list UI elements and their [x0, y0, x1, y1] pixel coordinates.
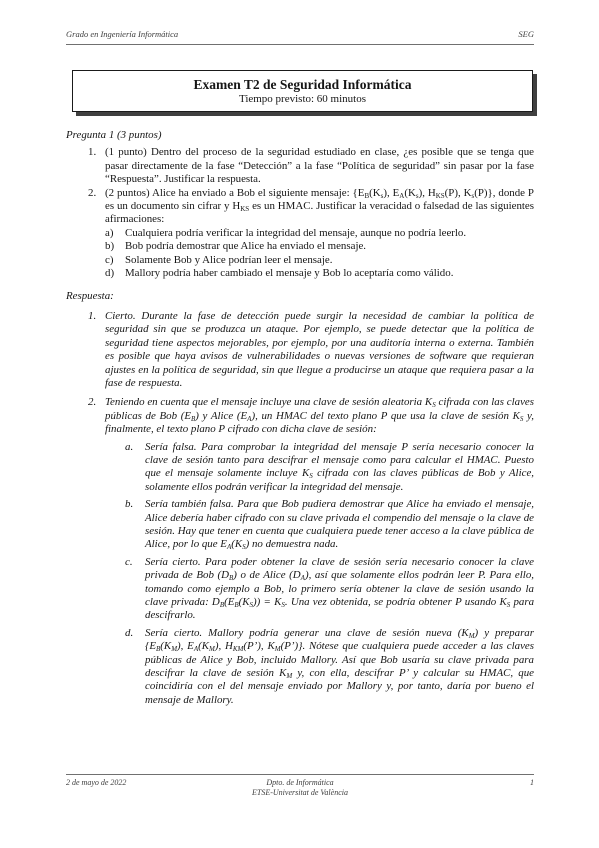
- header-course-code: SEG: [518, 29, 534, 39]
- answer-option-a: a. Sería falsa. Para comprobar la integr…: [66, 441, 534, 495]
- item-text: Sería cierto. Mallory podría generar una…: [145, 627, 534, 706]
- footer-dept-line: Dpto. de Informática: [266, 778, 333, 787]
- item-number: d.: [125, 627, 133, 640]
- item-number: b): [105, 240, 114, 253]
- footer-institution-line: ETSE-Universitat de València: [252, 788, 348, 797]
- item-text: Bob podría demostrar que Alice ha enviad…: [125, 240, 366, 252]
- item-text: (2 puntos) Alice ha enviado a Bob el sig…: [105, 187, 534, 226]
- answer-option-d: d. Sería cierto. Mallory podría generar …: [66, 627, 534, 707]
- item-text: Solamente Bob y Alice podrían leer el me…: [125, 254, 332, 266]
- answer-item-2: 2. Teniendo en cuenta que el mensaje inc…: [66, 396, 534, 436]
- item-text: Cierto. Durante la fase de detección pue…: [105, 310, 534, 389]
- item-number: 2.: [88, 187, 96, 200]
- item-number: a.: [125, 441, 133, 454]
- answer-section: Respuesta: 1. Cierto. Durante la fase de…: [66, 290, 534, 707]
- exam-title-box: Examen T2 de Seguridad Informática Tiemp…: [72, 70, 533, 112]
- answer-heading: Respuesta:: [66, 290, 534, 303]
- item-number: a): [105, 227, 113, 240]
- footer-department: Dpto. de Informática ETSE-Universitat de…: [206, 778, 394, 797]
- item-text: Sería cierto. Para poder obtener la clav…: [145, 556, 534, 622]
- item-text: Sería también falsa. Para que Bob pudier…: [145, 498, 534, 550]
- answer-option-c: c. Sería cierto. Para poder obtener la c…: [66, 556, 534, 623]
- item-text: Cualquiera podría verificar la integrida…: [125, 227, 466, 239]
- question-heading: Pregunta 1 (3 puntos): [66, 129, 534, 142]
- item-text: Mallory podría haber cambiado el mensaje…: [125, 267, 453, 279]
- item-number: 1.: [88, 310, 96, 323]
- item-text: Sería falsa. Para comprobar la integrida…: [145, 441, 534, 493]
- question-option-a: a) Cualquiera podría verificar la integr…: [66, 227, 534, 240]
- question-option-c: c) Solamente Bob y Alice podrían leer el…: [66, 254, 534, 267]
- page-header: Grado en Ingeniería Informática SEG: [66, 29, 534, 45]
- page-footer: 2 de mayo de 2022 Dpto. de Informática E…: [66, 774, 534, 797]
- item-text: Teniendo en cuenta que el mensaje incluy…: [105, 396, 534, 435]
- question-item-2: 2. (2 puntos) Alice ha enviado a Bob el …: [66, 187, 534, 227]
- item-number: d): [105, 267, 114, 280]
- document-body: Pregunta 1 (3 puntos) 1. (1 punto) Dentr…: [66, 129, 534, 707]
- exam-document-page: Grado en Ingeniería Informática SEG Exam…: [0, 0, 599, 848]
- answer-option-b: b. Sería también falsa. Para que Bob pud…: [66, 498, 534, 552]
- item-number: c): [105, 254, 113, 267]
- question-option-b: b) Bob podría demostrar que Alice ha env…: [66, 240, 534, 253]
- item-number: c.: [125, 556, 133, 569]
- item-number: 2.: [88, 396, 96, 409]
- footer-date: 2 de mayo de 2022: [66, 778, 206, 797]
- page-number: 1: [394, 778, 534, 797]
- item-number: b.: [125, 498, 133, 511]
- item-text: (1 punto) Dentro del proceso de la segur…: [105, 146, 534, 185]
- question-option-d: d) Mallory podría haber cambiado el mens…: [66, 267, 534, 280]
- answer-item-1: 1. Cierto. Durante la fase de detección …: [66, 310, 534, 390]
- question-item-1: 1. (1 punto) Dentro del proceso de la se…: [66, 146, 534, 186]
- exam-time-allowed: Tiempo previsto: 60 minutos: [77, 93, 528, 106]
- exam-title: Examen T2 de Seguridad Informática: [77, 77, 528, 93]
- item-number: 1.: [88, 146, 96, 159]
- header-degree-label: Grado en Ingeniería Informática: [66, 29, 178, 39]
